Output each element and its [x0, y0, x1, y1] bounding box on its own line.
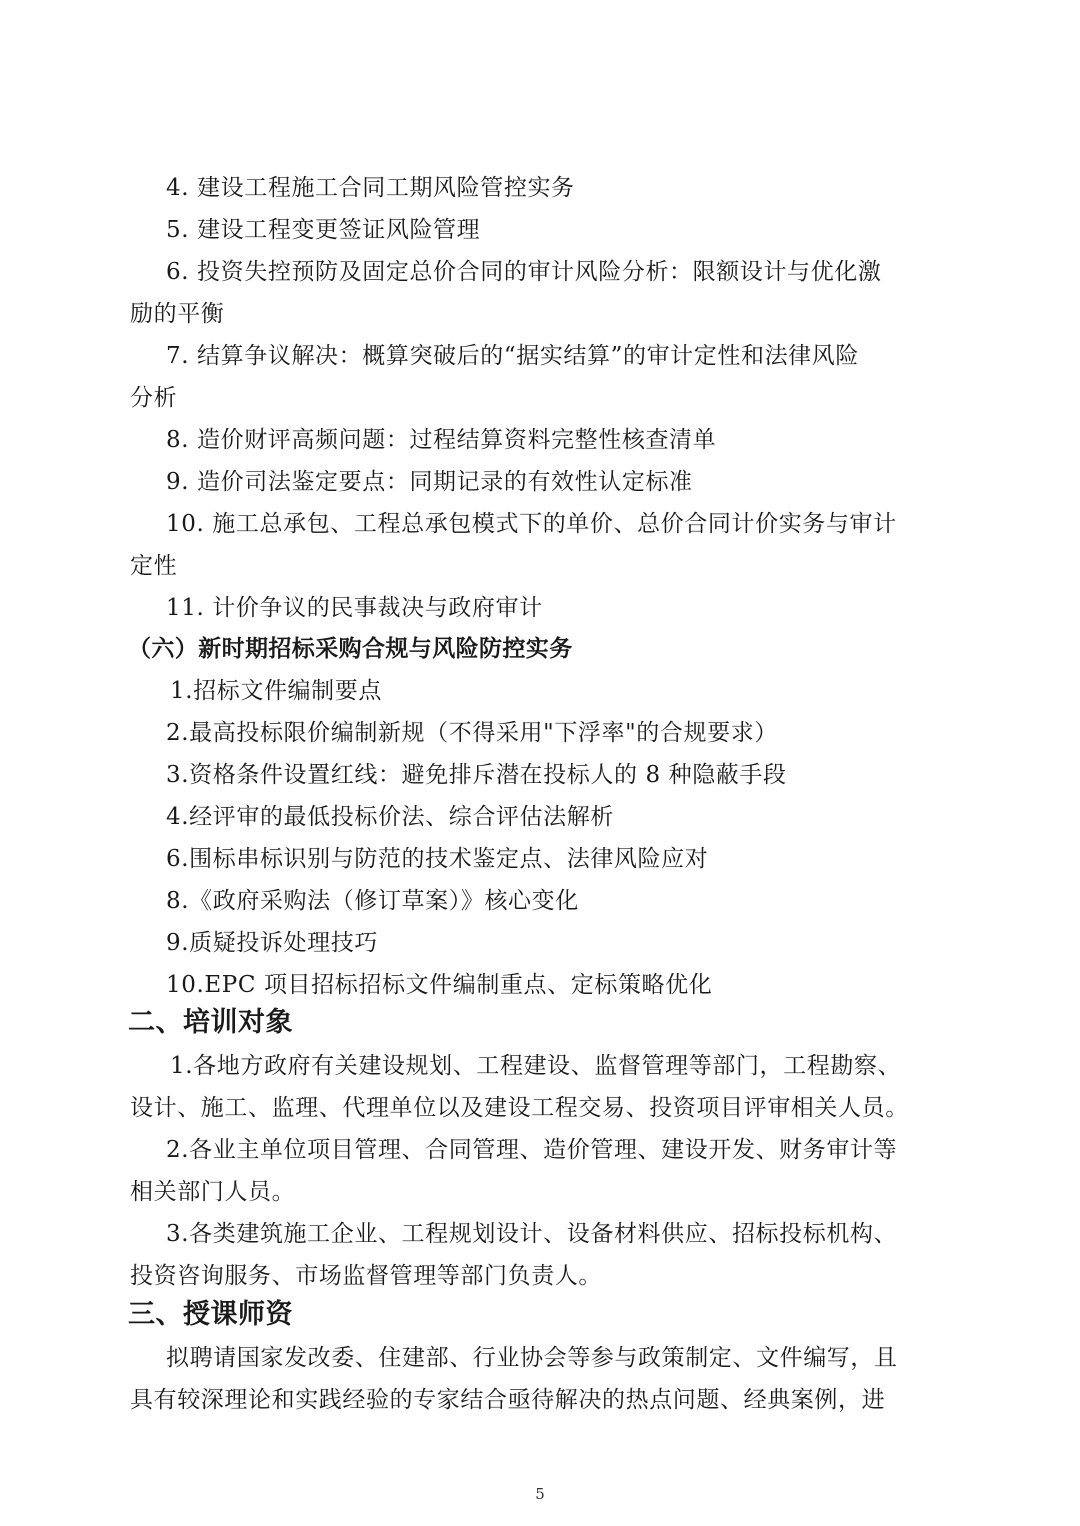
list-item-cost-7-cont: 分析 [130, 383, 960, 413]
list-item-trainees-3: 3.各类建筑施工企业、工程规划设计、设备材料供应、招标投标机构、 [166, 1219, 996, 1249]
list-item-procurement-1: 1.招标文件编制要点 [170, 676, 1000, 706]
section-heading-trainees: 二、培训对象 [128, 1006, 958, 1040]
list-item-cost-10-cont: 定性 [130, 551, 960, 581]
list-item-procurement-8: 8.《政府采购法（修订草案）》核心变化 [166, 886, 996, 916]
list-item-trainees-3-cont: 投资咨询服务、市场监督管理等部门负责人。 [130, 1261, 960, 1291]
list-item-procurement-3: 3.资格条件设置红线：避免排斥潜在投标人的 8 种隐蔽手段 [166, 760, 996, 790]
list-item-cost-7: 7. 结算争议解决：概算突破后的“据实结算”的审计定性和法律风险 [166, 341, 996, 371]
paragraph-faculty: 拟聘请国家发改委、住建部、行业协会等参与政策制定、文件编写，且 [166, 1343, 996, 1373]
list-item-cost-6-cont: 励的平衡 [130, 299, 960, 329]
page-number: 5 [0, 1484, 1080, 1504]
list-item-procurement-9: 9.质疑投诉处理技巧 [166, 928, 996, 958]
paragraph-faculty-cont: 具有较深理论和实践经验的专家结合亟待解决的热点问题、经典案例，进 [130, 1385, 960, 1415]
list-item-cost-8: 8. 造价财评高频问题：过程结算资料完整性核查清单 [166, 425, 996, 455]
subheading-procurement: （六）新时期招标采购合规与风险防控实务 [128, 634, 958, 664]
list-item-trainees-1-cont: 设计、施工、监理、代理单位以及建设工程交易、投资项目评审相关人员。 [130, 1093, 960, 1123]
list-item-trainees-2: 2.各业主单位项目管理、合同管理、造价管理、建设开发、财务审计等 [166, 1135, 996, 1165]
list-item-trainees-2-cont: 相关部门人员。 [130, 1177, 960, 1207]
list-item-procurement-2: 2.最高投标限价编制新规（不得采用"下浮率"的合规要求） [166, 718, 996, 748]
list-item-procurement-10: 10.EPC 项目招标招标文件编制重点、定标策略优化 [166, 970, 996, 1000]
list-item-trainees-1: 1.各地方政府有关建设规划、工程建设、监督管理等部门，工程勘察、 [170, 1051, 1000, 1081]
list-item-cost-5: 5. 建设工程变更签证风险管理 [166, 215, 996, 245]
list-item-cost-6: 6. 投资失控预防及固定总价合同的审计风险分析：限额设计与优化激 [166, 257, 996, 287]
list-item-cost-11: 11. 计价争议的民事裁决与政府审计 [166, 593, 996, 623]
list-item-procurement-4: 4.经评审的最低投标价法、综合评估法解析 [166, 802, 996, 832]
list-item-cost-10: 10. 施工总承包、工程总承包模式下的单价、总价合同计价实务与审计 [166, 509, 996, 539]
list-item-cost-4: 4. 建设工程施工合同工期风险管控实务 [166, 173, 996, 203]
document-page: 4. 建设工程施工合同工期风险管控实务 5. 建设工程变更签证风险管理 6. 投… [0, 0, 1080, 1526]
list-item-cost-9: 9. 造价司法鉴定要点：同期记录的有效性认定标准 [166, 467, 996, 497]
list-item-procurement-6: 6.围标串标识别与防范的技术鉴定点、法律风险应对 [166, 844, 996, 874]
section-heading-faculty: 三、授课师资 [128, 1298, 958, 1332]
